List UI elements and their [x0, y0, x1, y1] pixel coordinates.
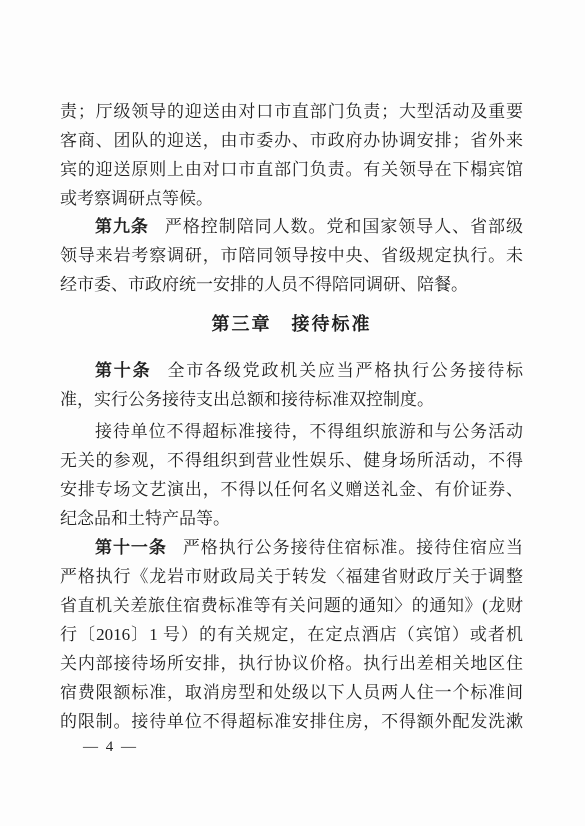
- text-line: 关内部接待场所安排，执行协议价格。执行出差相关地区住: [60, 649, 523, 678]
- text-line: 宿费限额标准，取消房型和处级以下人员两人住一个标准间: [60, 678, 523, 707]
- article-text: 严格控制陪同人数。党和国家领导人、省部级: [165, 217, 523, 236]
- text-line: 领导来岩考察调研，市陪同领导按中央、省级规定执行。未: [60, 241, 523, 270]
- text-line: 第十一条严格执行公务接待住宿标准。接待住宿应当: [60, 533, 523, 562]
- article-term: 第九条: [95, 217, 149, 236]
- text-line: 无关的参观，不得组织到营业性娱乐、健身场所活动，不得: [60, 446, 523, 475]
- paragraph-article-9: 第九条严格控制陪同人数。党和国家领导人、省部级 领导来岩考察调研，市陪同领导按中…: [60, 212, 523, 299]
- paragraph-article-10: 第十条全市各级党政机关应当严格执行公务接待标 准，实行公务接待支出总额和接待标准…: [60, 356, 523, 414]
- article-text: 全市各级党政机关应当严格执行公务接待标: [167, 361, 523, 380]
- paragraph-reception-prohibitions: 接待单位不得超标准接待，不得组织旅游和与公务活动 无关的参观，不得组织到营业性娱…: [60, 417, 523, 533]
- article-term: 第十一条: [95, 538, 167, 557]
- text-line: 责；厅级领导的迎送由对口市直部门负责；大型活动及重要: [60, 97, 523, 126]
- text-line: 第十条全市各级党政机关应当严格执行公务接待标: [60, 356, 523, 385]
- text-line: 行〔2016〕1 号）的有关规定，在定点酒店（宾馆）或者机: [60, 620, 523, 649]
- text-line: 接待单位不得超标准接待，不得组织旅游和与公务活动: [60, 417, 523, 446]
- text-line: 第九条严格控制陪同人数。党和国家领导人、省部级: [60, 212, 523, 241]
- article-text: 严格执行公务接待住宿标准。接待住宿应当: [183, 538, 523, 557]
- article-term: 第十条: [95, 361, 151, 380]
- text-line: 安排专场文艺演出，不得以任何名义赠送礼金、有价证券、: [60, 475, 523, 504]
- paragraph-welcome-rules: 责；厅级领导的迎送由对口市直部门负责；大型活动及重要 客商、团队的迎送，由市委办…: [60, 97, 523, 213]
- text-line: 准，实行公务接待支出总额和接待标准双控制度。: [60, 385, 523, 414]
- page-number: — 4 —: [83, 737, 138, 757]
- text-line: 宾的迎送原则上由对口市直部门负责。有关领导在下榻宾馆: [60, 155, 523, 184]
- text-line: 省直机关差旅住宿费标准等有关问题的通知〉的通知》(龙财: [60, 591, 523, 620]
- text-line: 或考察调研点等候。: [60, 184, 523, 213]
- chapter-heading: 第三章 接待标准: [60, 310, 523, 339]
- text-line: 客商、团队的迎送，由市委办、市政府办协调安排；省外来: [60, 126, 523, 155]
- text-line: 的限制。接待单位不得超标准安排住房，不得额外配发洗漱: [60, 707, 523, 736]
- document-page: 责；厅级领导的迎送由对口市直部门负责；大型活动及重要 客商、团队的迎送，由市委办…: [0, 0, 585, 826]
- paragraph-article-11: 第十一条严格执行公务接待住宿标准。接待住宿应当 严格执行《龙岩市财政局关于转发〈…: [60, 533, 523, 736]
- text-line: 严格执行《龙岩市财政局关于转发〈福建省财政厅关于调整: [60, 562, 523, 591]
- text-line: 经市委、市政府统一安排的人员不得陪同调研、陪餐。: [60, 270, 523, 299]
- text-line: 纪念品和土特产品等。: [60, 504, 523, 533]
